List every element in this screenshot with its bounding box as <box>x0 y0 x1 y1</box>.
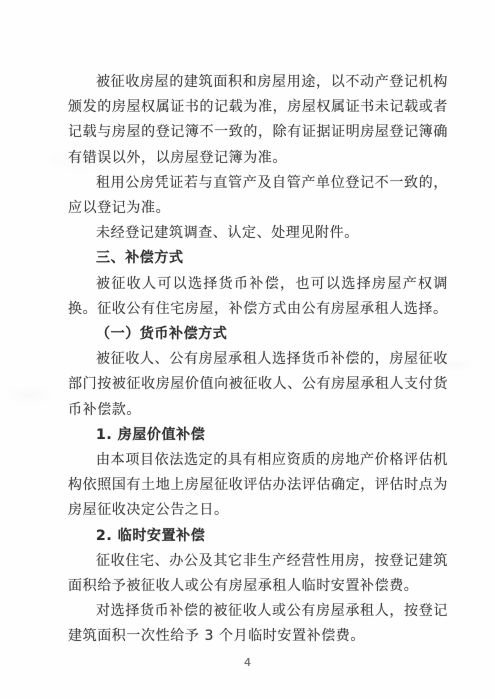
paragraph-compensation-choice: 被征收人可以选择货币补偿，也可以选择房屋产权调换。征收公有住宅房屋，补偿方式由公… <box>68 272 448 322</box>
subsection-heading-house-value: 1. 房屋价值补偿 <box>68 423 448 448</box>
paragraph-appraisal: 由本项目依法选定的具有相应资质的房地产价格评估机构依照国有土地上房屋征收评估办法… <box>68 448 448 524</box>
section-heading-monetary-compensation: （一）货币补偿方式 <box>68 322 448 347</box>
page-number: 4 <box>0 655 495 671</box>
subsection-heading-temporary-resettlement: 2. 临时安置补偿 <box>68 524 448 549</box>
document-body: 被征收房屋的建筑面积和房屋用途，以不动产登记机构颁发的房屋权属证书的记载为准，房… <box>68 70 448 650</box>
paragraph-monetary-payment: 被征收人、公有房屋承租人选择货币补偿的，房屋征收部门按被征收房屋价值向被征收人、… <box>68 347 448 423</box>
paragraph-registered-area: 被征收房屋的建筑面积和房屋用途，以不动产登记机构颁发的房屋权属证书的记载为准，房… <box>68 70 448 171</box>
paragraph-public-house-voucher: 租用公房凭证若与直管产及自管产单位登记不一致的，应以登记为准。 <box>68 171 448 221</box>
paragraph-unregistered-survey: 未经登记建筑调查、认定、处理见附件。 <box>68 221 448 246</box>
scanned-document-page: 被征收房屋的建筑面积和房屋用途，以不动产登记机构颁发的房屋权属证书的记载为准，房… <box>0 0 495 699</box>
section-heading-compensation-method: 三、补偿方式 <box>68 246 448 271</box>
paragraph-resettlement-fee: 征收住宅、办公及其它非生产经营性用房，按登记建筑面积给予被征收人或公有房屋承租人… <box>68 549 448 599</box>
paragraph-three-month-fee: 对选择货币补偿的被征收人或公有房屋承租人，按登记建筑面积一次性给予 3 个月临时… <box>68 599 448 649</box>
